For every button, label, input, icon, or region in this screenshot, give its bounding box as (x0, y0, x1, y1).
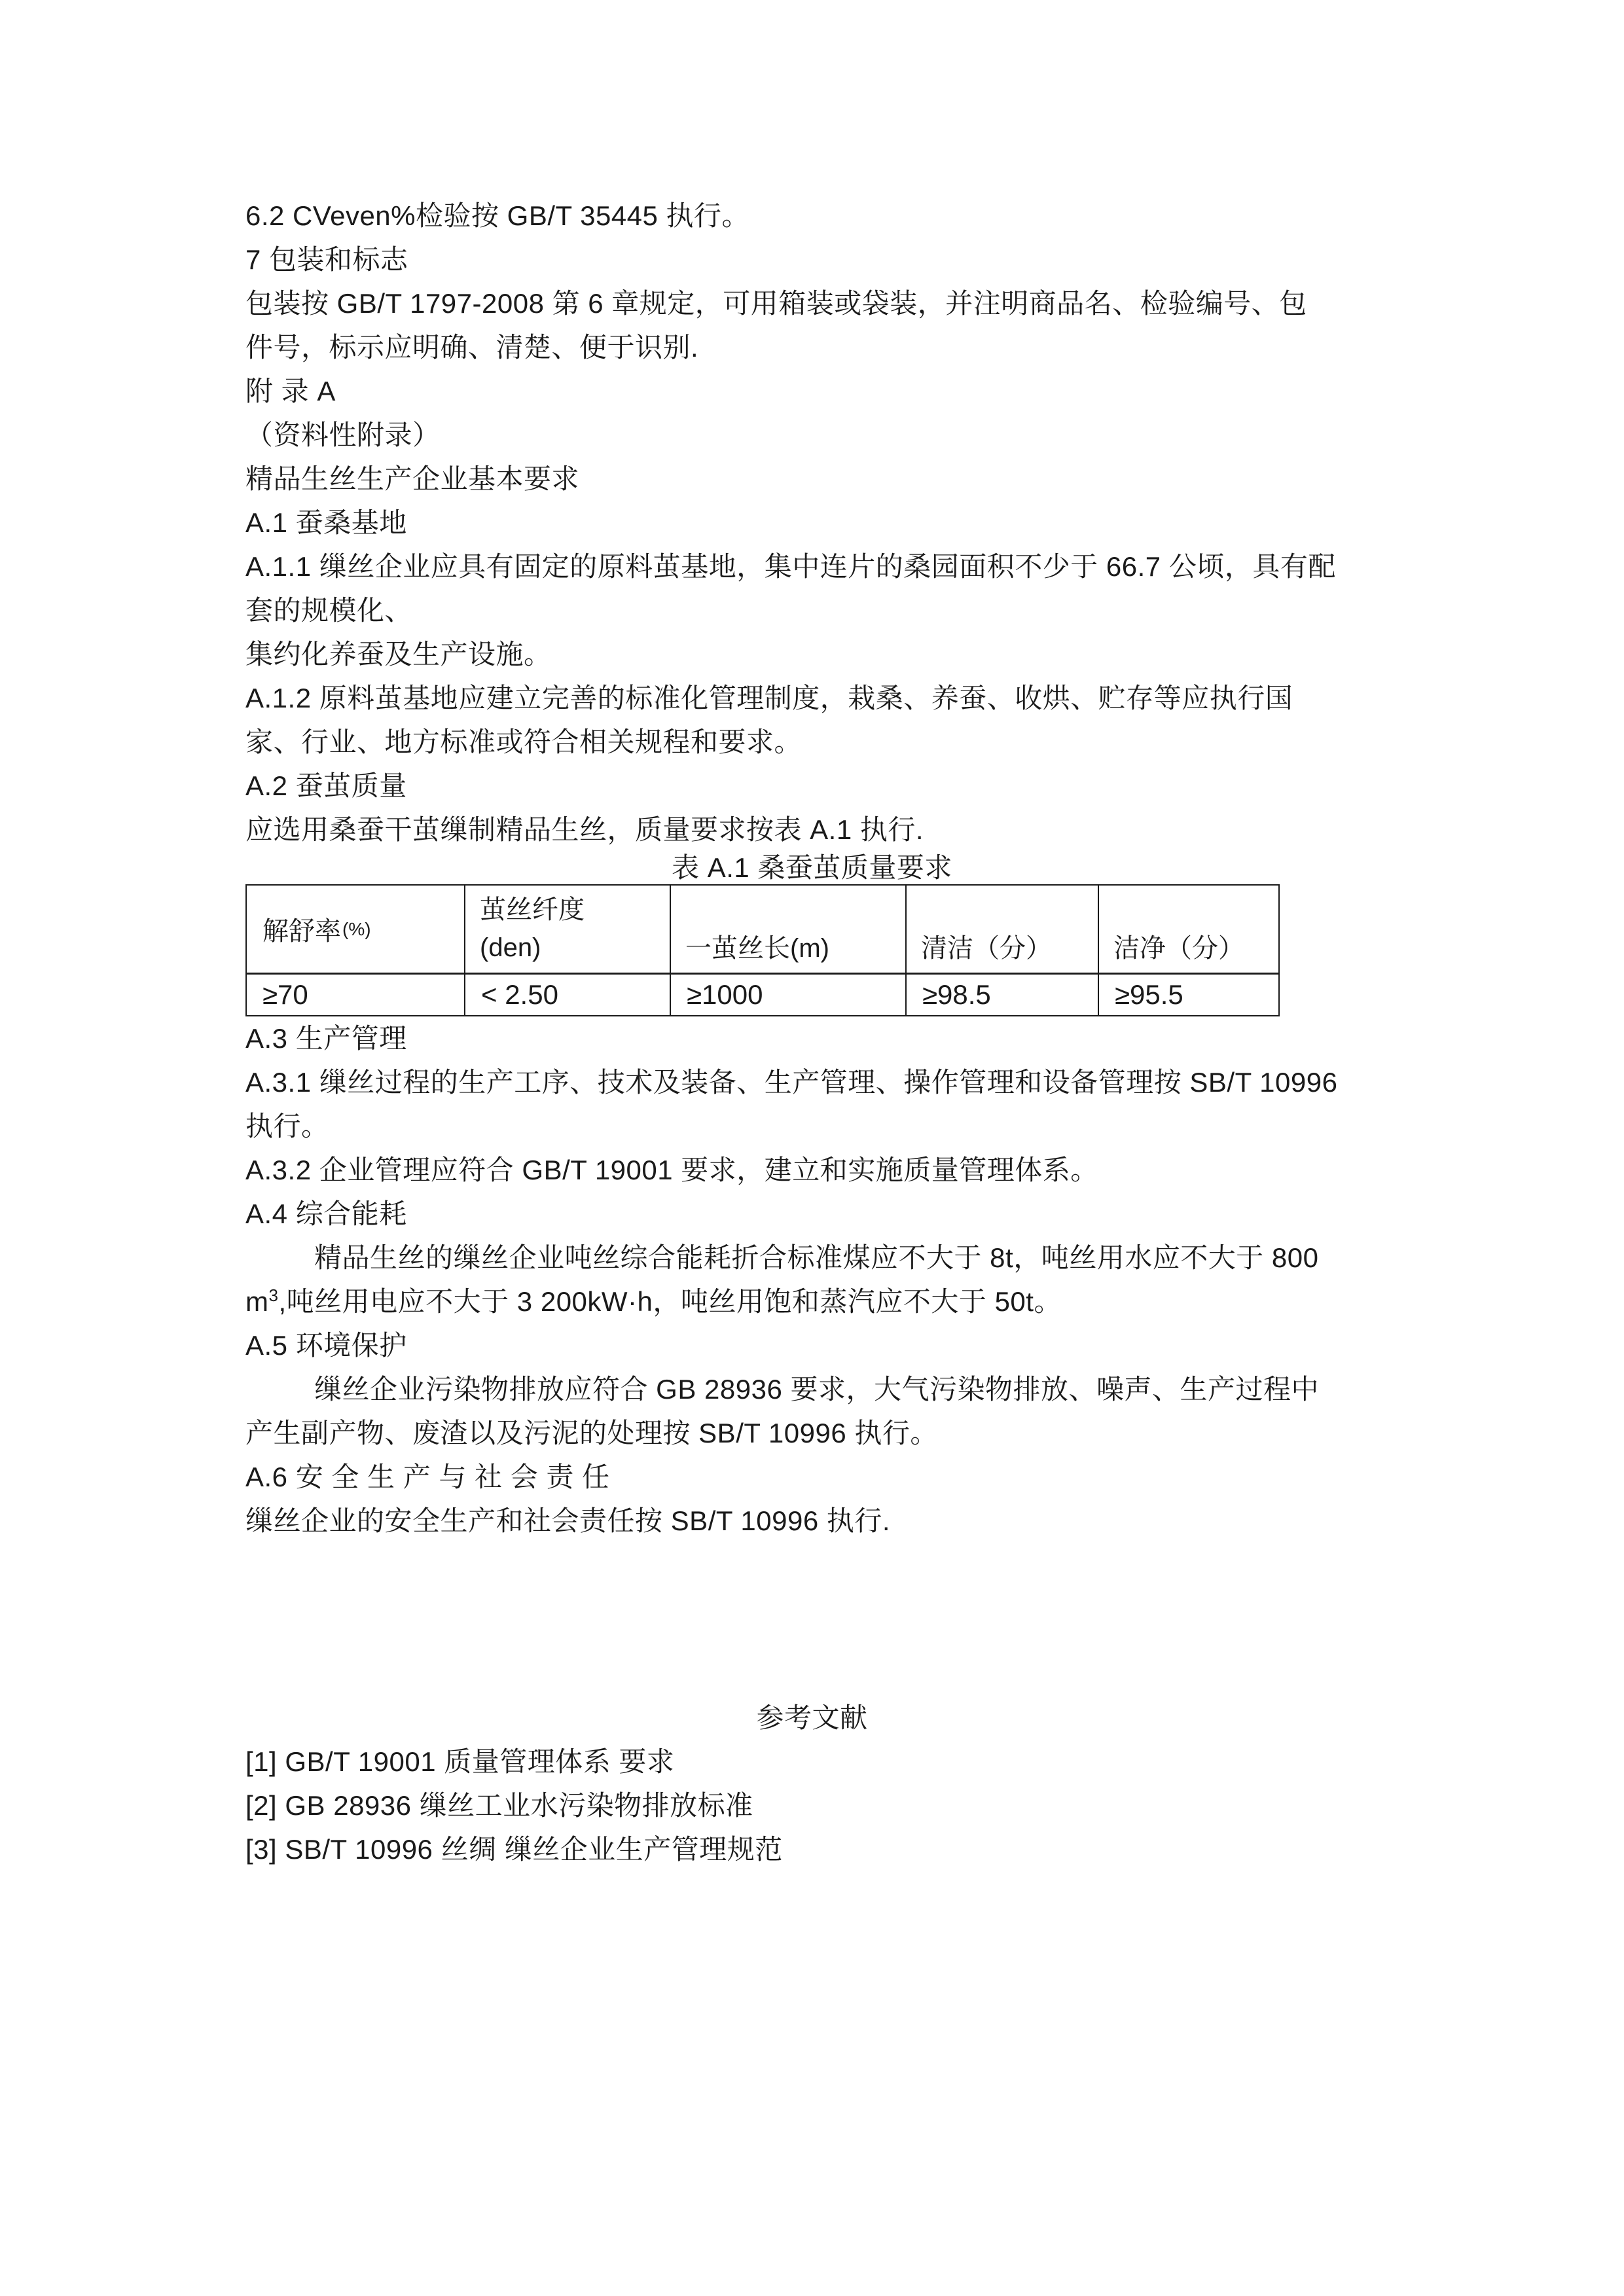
para-packaging-2: 件号，标示应明确、清楚、便于识别. (245, 325, 1379, 369)
para-a2: 应选用桑蚕干茧缫制精品生丝，质量要求按表 A.1 执行. (245, 808, 1379, 852)
table-a1-caption: 表 A.1 桑蚕茧质量要求 (245, 852, 1379, 884)
para-a4-2: m3,吨丝用电应不大于 3 200kW·h，吨丝用饱和蒸汽应不大于 50t。 (245, 1280, 1379, 1323)
para-a31-1: A.3.1 缫丝过程的生产工序、技术及装备、生产管理、操作管理和设备管理按 SB… (245, 1060, 1379, 1104)
reference-item-2: [2] GB 28936 缫丝工业水污染物排放标准 (245, 1784, 1379, 1827)
header-cell-jieshulv: 解舒率 (%) (247, 886, 464, 973)
annex-a-title: 附 录 A (245, 369, 1379, 413)
para-a4-2-post: ,吨丝用电应不大于 3 200kW·h，吨丝用饱和蒸汽应不大于 50t。 (278, 1286, 1061, 1317)
value-cleanness: ≥98.5 (905, 975, 1098, 1015)
reference-item-1: [1] GB/T 19001 质量管理体系 要求 (245, 1740, 1379, 1784)
header-cell-fineness: 茧丝纤度 (den) (464, 886, 670, 973)
header-jieshulv-label: 解舒率 (262, 910, 341, 948)
para-a32: A.3.2 企业管理应符合 GB/T 19001 要求，建立和实施质量管理体系。 (245, 1148, 1379, 1192)
value-fineness: < 2.50 (464, 975, 670, 1015)
references-heading: 参考文献 (245, 1696, 1379, 1740)
header-fineness-label: 茧丝纤度 (480, 891, 670, 929)
document-content: 6.2 CVeven%检验按 GB/T 35445 执行。 7 包装和标志 包装… (245, 194, 1379, 1871)
heading-a1: A.1 蚕桑基地 (245, 501, 1379, 545)
header-jieshulv-unit: (%) (342, 919, 371, 940)
para-a11-2: 套的规模化、 (245, 588, 1379, 632)
header-fineness-unit: (den) (480, 929, 670, 967)
heading-a6: A.6 安 全 生 产 与 社 会 责 任 (245, 1455, 1379, 1499)
para-a4-2-superscript: 3 (269, 1285, 279, 1305)
para-a5-1: 缫丝企业污染物排放应符合 GB 28936 要求，大气污染物排放、噪声、生产过程… (245, 1367, 1379, 1411)
annex-a-subtitle: （资料性附录） (245, 413, 1379, 457)
header-cell-cleanness: 清洁（分） (905, 886, 1098, 973)
value-jieshulv: ≥70 (247, 975, 464, 1015)
para-a12-2: 家、行业、地方标准或符合相关规程和要求。 (245, 720, 1379, 764)
para-a5-2: 产生副产物、废渣以及污泥的处理按 SB/T 10996 执行。 (245, 1411, 1379, 1455)
table-data-row: ≥70 < 2.50 ≥1000 ≥98.5 ≥95.5 (247, 975, 1278, 1015)
heading-a2: A.2 蚕茧质量 (245, 764, 1379, 808)
para-a4-1: 精品生丝的缫丝企业吨丝综合能耗折合标准煤应不大于 8t，吨丝用水应不大于 800 (245, 1236, 1379, 1280)
para-a11-3: 集约化养蚕及生产设施。 (245, 632, 1379, 676)
header-cell-filament-length: 一茧丝长(m) (670, 886, 905, 973)
para-a31-2: 执行。 (245, 1104, 1379, 1148)
cocoon-quality-table: 解舒率 (%) 茧丝纤度 (den) 一茧丝长(m) 清洁（分） 洁净（分） ≥… (245, 884, 1280, 1016)
heading-7-packaging-marking: 7 包装和标志 (245, 238, 1379, 281)
para-a4-2-pre: m (245, 1286, 269, 1317)
para-a12-1: A.1.2 原料茧基地应建立完善的标准化管理制度，栽桑、养蚕、收烘、贮存等应执行… (245, 676, 1379, 720)
para-a11-1: A.1.1 缫丝企业应具有固定的原料茧基地，集中连片的桑园面积不少于 66.7 … (245, 545, 1379, 588)
table-header-row: 解舒率 (%) 茧丝纤度 (den) 一茧丝长(m) 清洁（分） 洁净（分） (247, 886, 1278, 975)
header-cell-neatness: 洁净（分） (1098, 886, 1278, 973)
heading-a5: A.5 环境保护 (245, 1323, 1379, 1367)
reference-item-3: [3] SB/T 10996 丝绸 缫丝企业生产管理规范 (245, 1827, 1379, 1871)
heading-a3: A.3 生产管理 (245, 1016, 1379, 1060)
value-filament-length: ≥1000 (670, 975, 905, 1015)
para-packaging-1: 包装按 GB/T 1797-2008 第 6 章规定，可用箱装或袋装，并注明商品… (245, 281, 1379, 325)
clause-6-2: 6.2 CVeven%检验按 GB/T 35445 执行。 (245, 194, 1379, 238)
value-neatness: ≥95.5 (1098, 975, 1278, 1015)
annex-a-heading: 精品生丝生产企业基本要求 (245, 457, 1379, 501)
document-page: 6.2 CVeven%检验按 GB/T 35445 执行。 7 包装和标志 包装… (0, 0, 1624, 2296)
heading-a4: A.4 综合能耗 (245, 1192, 1379, 1236)
para-a6: 缫丝企业的安全生产和社会责任按 SB/T 10996 执行. (245, 1499, 1379, 1543)
